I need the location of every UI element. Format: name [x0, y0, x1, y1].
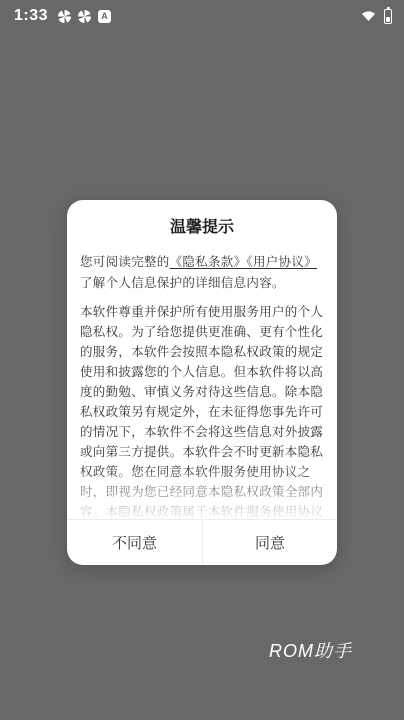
pinwheel-notification-icon: [58, 10, 71, 23]
wifi-icon: [361, 10, 376, 22]
battery-icon: [384, 9, 392, 24]
status-bar: 1:33 A: [0, 0, 404, 30]
dialog-intro: 您可阅读完整的《隐私条款》《用户协议》了解个人信息保护的详细信息内容。: [67, 252, 337, 294]
disagree-button[interactable]: 不同意: [67, 520, 202, 565]
system-status-icons: [361, 9, 392, 24]
privacy-policy-text-area[interactable]: 本软件尊重并保护所有使用服务用户的个人隐私权。为了给您提供更准确、更有个性化的服…: [67, 302, 337, 519]
dialog-title: 温馨提示: [67, 200, 337, 237]
privacy-dialog: 温馨提示 您可阅读完整的《隐私条款》《用户协议》了解个人信息保护的详细信息内容。…: [67, 200, 337, 565]
letter-a-app-icon: A: [98, 10, 111, 23]
privacy-terms-link[interactable]: 《隐私条款》: [170, 255, 247, 269]
user-agreement-link[interactable]: 《用户协议》: [246, 255, 317, 269]
pinwheel-notification-icon: [78, 10, 91, 23]
intro-prefix: 您可阅读完整的: [80, 255, 170, 269]
clock: 1:33: [14, 7, 48, 25]
intro-suffix: 了解个人信息保护的详细信息内容。: [80, 276, 285, 290]
dialog-button-row: 不同意 同意: [67, 519, 337, 565]
agree-button[interactable]: 同意: [202, 520, 337, 565]
notification-icons: A: [58, 10, 111, 23]
rom-assistant-watermark: ROM助手: [269, 637, 352, 663]
privacy-policy-text: 本软件尊重并保护所有使用服务用户的个人隐私权。为了给您提供更准确、更有个性化的服…: [80, 305, 323, 519]
